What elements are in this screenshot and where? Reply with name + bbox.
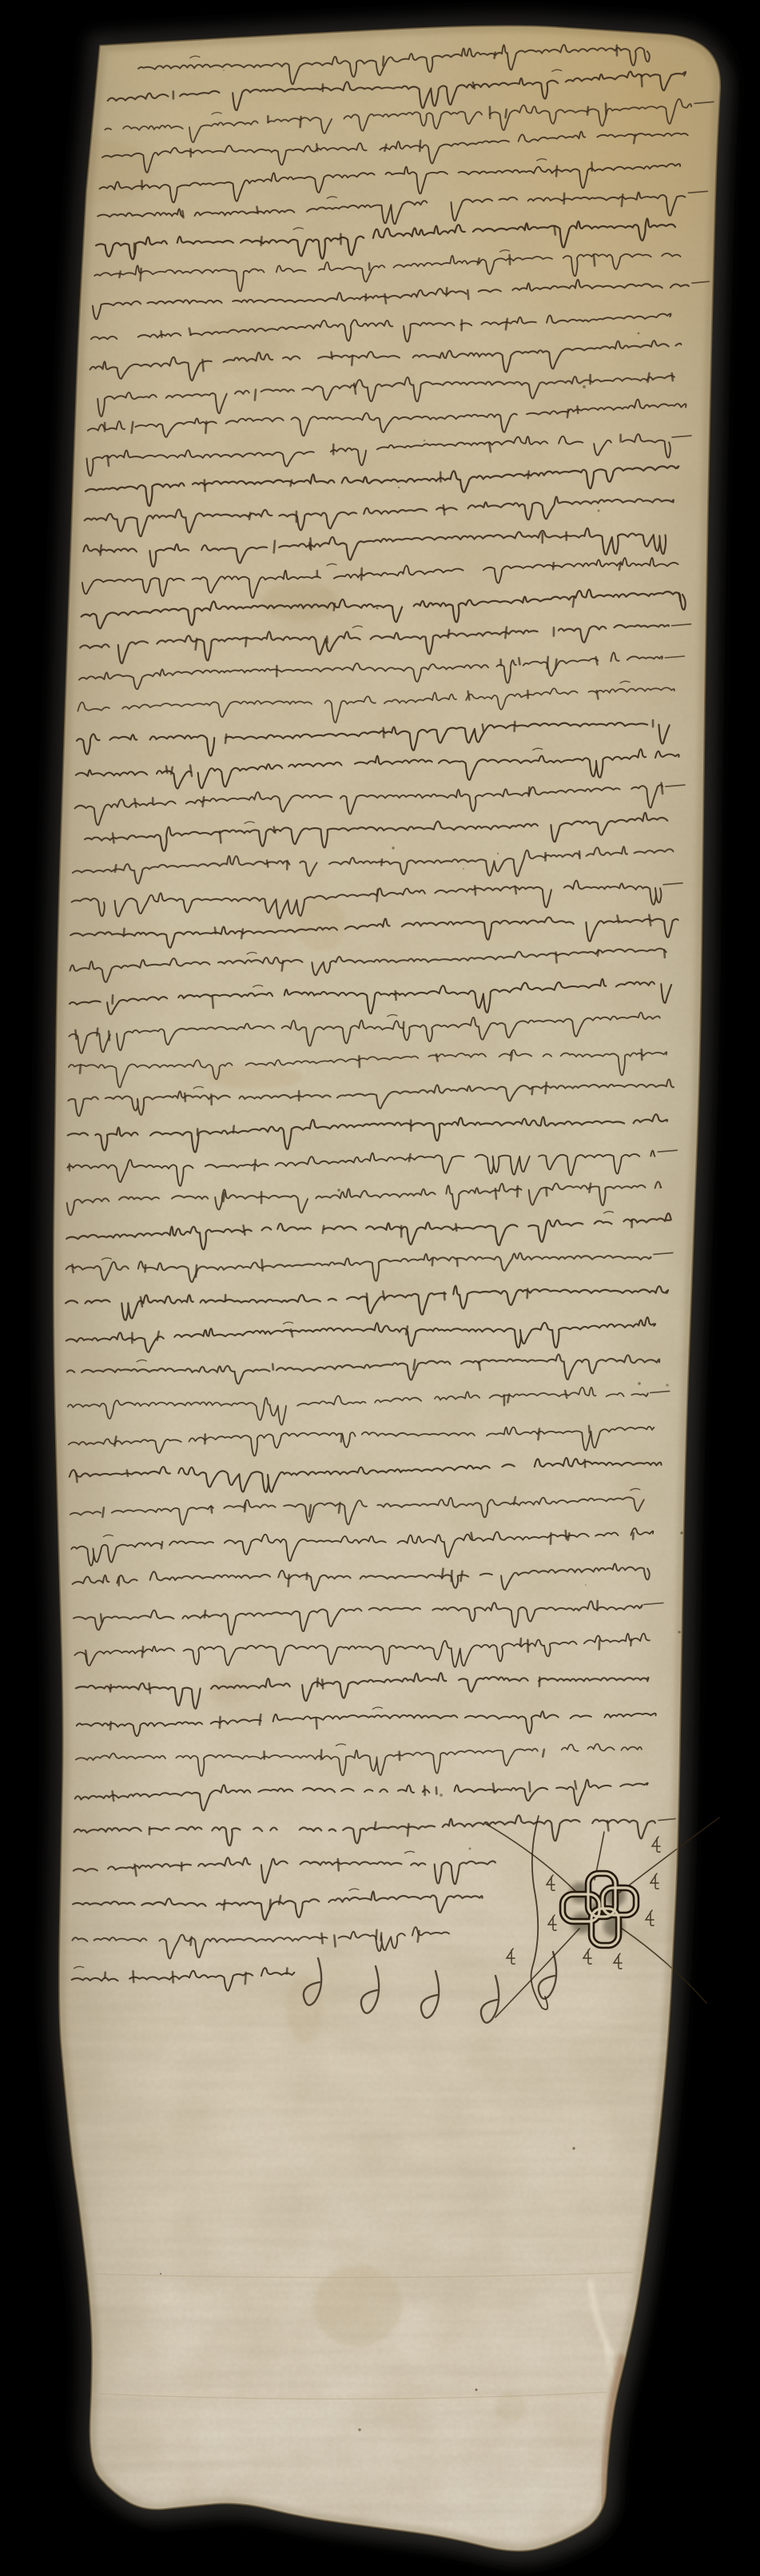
script-accent-stroke xyxy=(196,639,197,650)
script-accent-stroke xyxy=(110,1722,111,1730)
script-accent-stroke xyxy=(255,390,256,400)
script-accent-stroke xyxy=(617,915,619,922)
script-accent-stroke xyxy=(127,1471,128,1476)
speck xyxy=(424,440,426,442)
script-accent-stroke xyxy=(310,538,311,550)
script-accent-stroke xyxy=(113,1791,114,1801)
script-accent-stroke xyxy=(594,255,595,266)
script-accent-stroke xyxy=(323,1226,324,1233)
script-accent-stroke xyxy=(141,269,141,281)
script-accent-stroke xyxy=(332,352,332,359)
script-accent-stroke xyxy=(185,1093,185,1101)
script-accent-stroke xyxy=(101,1614,101,1622)
script-accent-stroke xyxy=(506,109,507,117)
script-accent-stroke xyxy=(205,1610,205,1618)
script-accent-stroke xyxy=(288,1575,289,1586)
script-accent-stroke xyxy=(457,1259,458,1266)
stain xyxy=(207,1065,303,1089)
script-accent-stroke xyxy=(321,1750,322,1759)
script-accent-stroke xyxy=(115,865,116,872)
script-accent-stroke xyxy=(244,1225,245,1235)
script-accent-stroke xyxy=(495,53,495,58)
script-accent-stroke xyxy=(97,1029,97,1036)
script-accent-stroke xyxy=(418,1931,420,1942)
script-accent-stroke xyxy=(76,1474,77,1483)
script-accent-stroke xyxy=(479,1362,480,1370)
script-accent-stroke xyxy=(196,1265,197,1277)
script-accent-stroke xyxy=(528,472,529,479)
script-accent-stroke xyxy=(261,237,262,245)
script-accent-stroke xyxy=(432,1258,433,1265)
stain xyxy=(262,583,337,621)
speck xyxy=(358,2428,361,2431)
script-accent-stroke xyxy=(414,1360,416,1369)
script-accent-stroke xyxy=(587,107,588,115)
manuscript-photograph: Photograph of a long medieval parchment … xyxy=(0,0,760,2576)
script-accent-stroke xyxy=(108,456,109,466)
script-accent-stroke xyxy=(233,1126,234,1133)
script-accent-stroke xyxy=(190,1937,191,1945)
script-accent-stroke xyxy=(452,1571,452,1581)
script-accent-stroke xyxy=(142,1646,143,1657)
script-accent-stroke xyxy=(102,1507,104,1517)
script-accent-stroke xyxy=(567,410,568,418)
script-accent-stroke xyxy=(132,422,133,433)
script-accent-stroke xyxy=(274,827,276,833)
script-accent-stroke xyxy=(381,1933,382,1941)
script-accent-stroke xyxy=(384,728,384,738)
script-accent-stroke xyxy=(119,272,120,277)
script-accent-stroke xyxy=(539,1429,539,1440)
script-accent-stroke xyxy=(456,1224,456,1230)
speck xyxy=(497,853,499,854)
script-accent-stroke xyxy=(472,1533,472,1540)
script-accent-stroke xyxy=(515,722,515,731)
speck xyxy=(638,332,640,335)
script-accent-stroke xyxy=(619,562,621,570)
script-accent-stroke xyxy=(220,831,221,842)
script-accent-stroke xyxy=(631,1639,631,1646)
script-accent-stroke xyxy=(679,593,681,601)
script-accent-stroke xyxy=(317,1678,318,1686)
script-accent-stroke xyxy=(282,961,284,970)
script-accent-stroke xyxy=(475,886,475,895)
script-accent-stroke xyxy=(547,1188,547,1196)
speck xyxy=(583,385,586,388)
script-accent-stroke xyxy=(672,373,673,380)
script-accent-stroke xyxy=(267,861,268,867)
script-accent-stroke xyxy=(249,513,250,520)
script-accent-stroke xyxy=(664,950,665,958)
script-accent-stroke xyxy=(361,568,362,580)
script-accent-stroke xyxy=(662,783,663,794)
script-accent-stroke xyxy=(322,1679,323,1688)
script-accent-stroke xyxy=(225,735,226,743)
speck xyxy=(572,2147,575,2149)
script-accent-stroke xyxy=(124,929,125,937)
script-accent-stroke xyxy=(381,859,382,866)
script-accent-stroke xyxy=(369,263,370,269)
script-accent-stroke xyxy=(607,1821,608,1830)
script-accent-stroke xyxy=(245,1973,246,1984)
script-accent-stroke xyxy=(166,766,167,773)
script-accent-stroke xyxy=(245,638,246,647)
script-accent-stroke xyxy=(546,1082,547,1093)
script-accent-stroke xyxy=(517,1186,518,1196)
speck xyxy=(469,1848,472,1850)
script-accent-stroke xyxy=(568,1533,570,1540)
speck xyxy=(223,70,225,71)
script-accent-stroke xyxy=(468,691,470,700)
script-accent-stroke xyxy=(383,1292,384,1300)
stain xyxy=(286,1974,323,2043)
script-accent-stroke xyxy=(555,659,556,669)
script-accent-stroke xyxy=(575,1781,576,1789)
script-accent-stroke xyxy=(515,886,516,894)
script-accent-stroke xyxy=(72,1264,73,1272)
script-accent-stroke xyxy=(648,373,650,382)
script-accent-stroke xyxy=(182,211,183,217)
script-accent-stroke xyxy=(203,360,204,371)
script-accent-stroke xyxy=(273,1364,273,1370)
speck xyxy=(337,1188,340,1192)
speck xyxy=(475,2389,478,2391)
script-accent-stroke xyxy=(205,422,206,433)
script-accent-stroke xyxy=(80,1065,81,1073)
script-accent-stroke xyxy=(478,258,479,265)
script-accent-stroke xyxy=(597,691,599,699)
script-accent-stroke xyxy=(400,1752,400,1761)
script-accent-stroke xyxy=(505,627,507,639)
script-accent-stroke xyxy=(367,1293,368,1304)
script-accent-stroke xyxy=(339,1503,340,1513)
script-accent-stroke xyxy=(529,1782,530,1792)
script-accent-stroke xyxy=(409,1154,411,1161)
script-accent-stroke xyxy=(110,1685,111,1692)
script-accent-stroke xyxy=(262,1260,263,1271)
script-accent-stroke xyxy=(556,166,557,177)
script-accent-stroke xyxy=(447,288,448,296)
script-accent-stroke xyxy=(529,787,530,796)
script-accent-stroke xyxy=(291,1329,292,1336)
script-accent-stroke xyxy=(338,1859,339,1871)
script-accent-stroke xyxy=(622,194,623,206)
script-accent-stroke xyxy=(135,798,137,806)
script-accent-stroke xyxy=(213,996,213,1008)
script-accent-stroke xyxy=(377,890,378,902)
script-accent-stroke xyxy=(448,630,449,638)
script-accent-stroke xyxy=(383,57,384,66)
script-accent-stroke xyxy=(642,75,643,86)
script-accent-stroke xyxy=(384,294,386,304)
script-accent-stroke xyxy=(354,384,356,394)
script-accent-stroke xyxy=(287,1969,288,1974)
script-accent-stroke xyxy=(420,141,420,151)
script-accent-stroke xyxy=(203,797,205,806)
script-accent-stroke xyxy=(171,767,173,774)
script-accent-stroke xyxy=(327,636,328,643)
script-accent-stroke xyxy=(291,480,292,486)
speck xyxy=(598,510,600,512)
script-accent-stroke xyxy=(376,1930,377,1940)
script-accent-stroke xyxy=(408,1824,408,1836)
script-accent-stroke xyxy=(510,255,511,265)
script-accent-stroke xyxy=(543,1750,544,1757)
script-accent-stroke xyxy=(173,1972,173,1983)
script-accent-stroke xyxy=(109,1031,109,1040)
script-accent-stroke xyxy=(113,995,113,1004)
script-accent-stroke xyxy=(598,950,599,956)
script-accent-stroke xyxy=(161,331,162,336)
script-accent-stroke xyxy=(532,1087,533,1094)
script-accent-stroke xyxy=(396,991,396,1000)
speck xyxy=(160,2273,161,2275)
script-accent-stroke xyxy=(316,1718,317,1729)
script-accent-stroke xyxy=(245,1503,245,1511)
script-accent-stroke xyxy=(589,1184,591,1192)
script-accent-stroke xyxy=(375,1822,376,1829)
script-accent-stroke xyxy=(133,1971,134,1982)
speck xyxy=(440,1794,443,1797)
script-accent-stroke xyxy=(254,1160,255,1170)
script-accent-stroke xyxy=(260,1714,261,1725)
script-accent-stroke xyxy=(444,1292,445,1300)
stain xyxy=(495,2393,527,2423)
speck xyxy=(398,487,400,488)
script-accent-stroke xyxy=(468,290,468,299)
script-accent-stroke xyxy=(334,1935,335,1946)
script-accent-stroke xyxy=(220,1717,221,1728)
script-accent-stroke xyxy=(113,834,114,843)
script-accent-stroke xyxy=(205,480,205,492)
script-accent-stroke xyxy=(519,658,519,664)
script-accent-stroke xyxy=(589,1426,590,1432)
script-accent-stroke xyxy=(86,1650,87,1662)
parchment-scene xyxy=(0,0,760,2576)
script-accent-stroke xyxy=(145,1265,146,1272)
script-accent-stroke xyxy=(553,563,554,569)
script-accent-stroke xyxy=(566,1531,567,1539)
script-accent-stroke xyxy=(75,1030,76,1039)
script-accent-stroke xyxy=(149,1683,150,1693)
script-accent-stroke xyxy=(444,505,444,515)
stain xyxy=(208,1676,253,1705)
script-accent-stroke xyxy=(493,1783,495,1792)
script-accent-stroke xyxy=(483,724,483,731)
script-accent-stroke xyxy=(547,657,548,668)
script-accent-stroke xyxy=(520,1638,521,1646)
script-accent-stroke xyxy=(352,356,352,365)
script-accent-stroke xyxy=(274,541,275,553)
script-accent-stroke xyxy=(511,1053,512,1061)
script-accent-stroke xyxy=(442,1569,444,1579)
script-accent-stroke xyxy=(223,1193,225,1201)
script-accent-stroke xyxy=(189,328,191,336)
script-accent-stroke xyxy=(270,1900,271,1909)
script-accent-stroke xyxy=(634,135,635,144)
script-accent-stroke xyxy=(527,1289,528,1299)
script-accent-stroke xyxy=(573,596,575,607)
script-accent-stroke xyxy=(257,207,257,213)
script-accent-stroke xyxy=(556,953,557,963)
speck xyxy=(376,607,379,610)
script-accent-stroke xyxy=(578,406,579,413)
script-accent-stroke xyxy=(341,1434,342,1442)
script-accent-stroke xyxy=(224,1900,225,1909)
speck xyxy=(392,846,394,849)
speck xyxy=(463,868,464,870)
script-accent-stroke xyxy=(161,1542,162,1548)
script-accent-stroke xyxy=(101,545,101,555)
script-accent-stroke xyxy=(211,1506,212,1513)
script-accent-stroke xyxy=(436,1054,438,1061)
script-accent-stroke xyxy=(321,1933,322,1944)
speck xyxy=(638,1382,641,1385)
script-accent-stroke xyxy=(316,144,317,150)
script-accent-stroke xyxy=(334,603,335,610)
speck xyxy=(585,1584,587,1586)
script-accent-stroke xyxy=(495,1188,496,1199)
script-accent-stroke xyxy=(489,442,491,452)
script-accent-stroke xyxy=(215,928,216,934)
speck xyxy=(666,1384,669,1387)
script-accent-stroke xyxy=(599,1640,600,1649)
script-accent-stroke xyxy=(633,1533,634,1539)
script-accent-stroke xyxy=(300,117,301,127)
script-accent-stroke xyxy=(241,929,243,938)
script-accent-stroke xyxy=(551,1533,551,1544)
script-accent-stroke xyxy=(555,226,555,234)
